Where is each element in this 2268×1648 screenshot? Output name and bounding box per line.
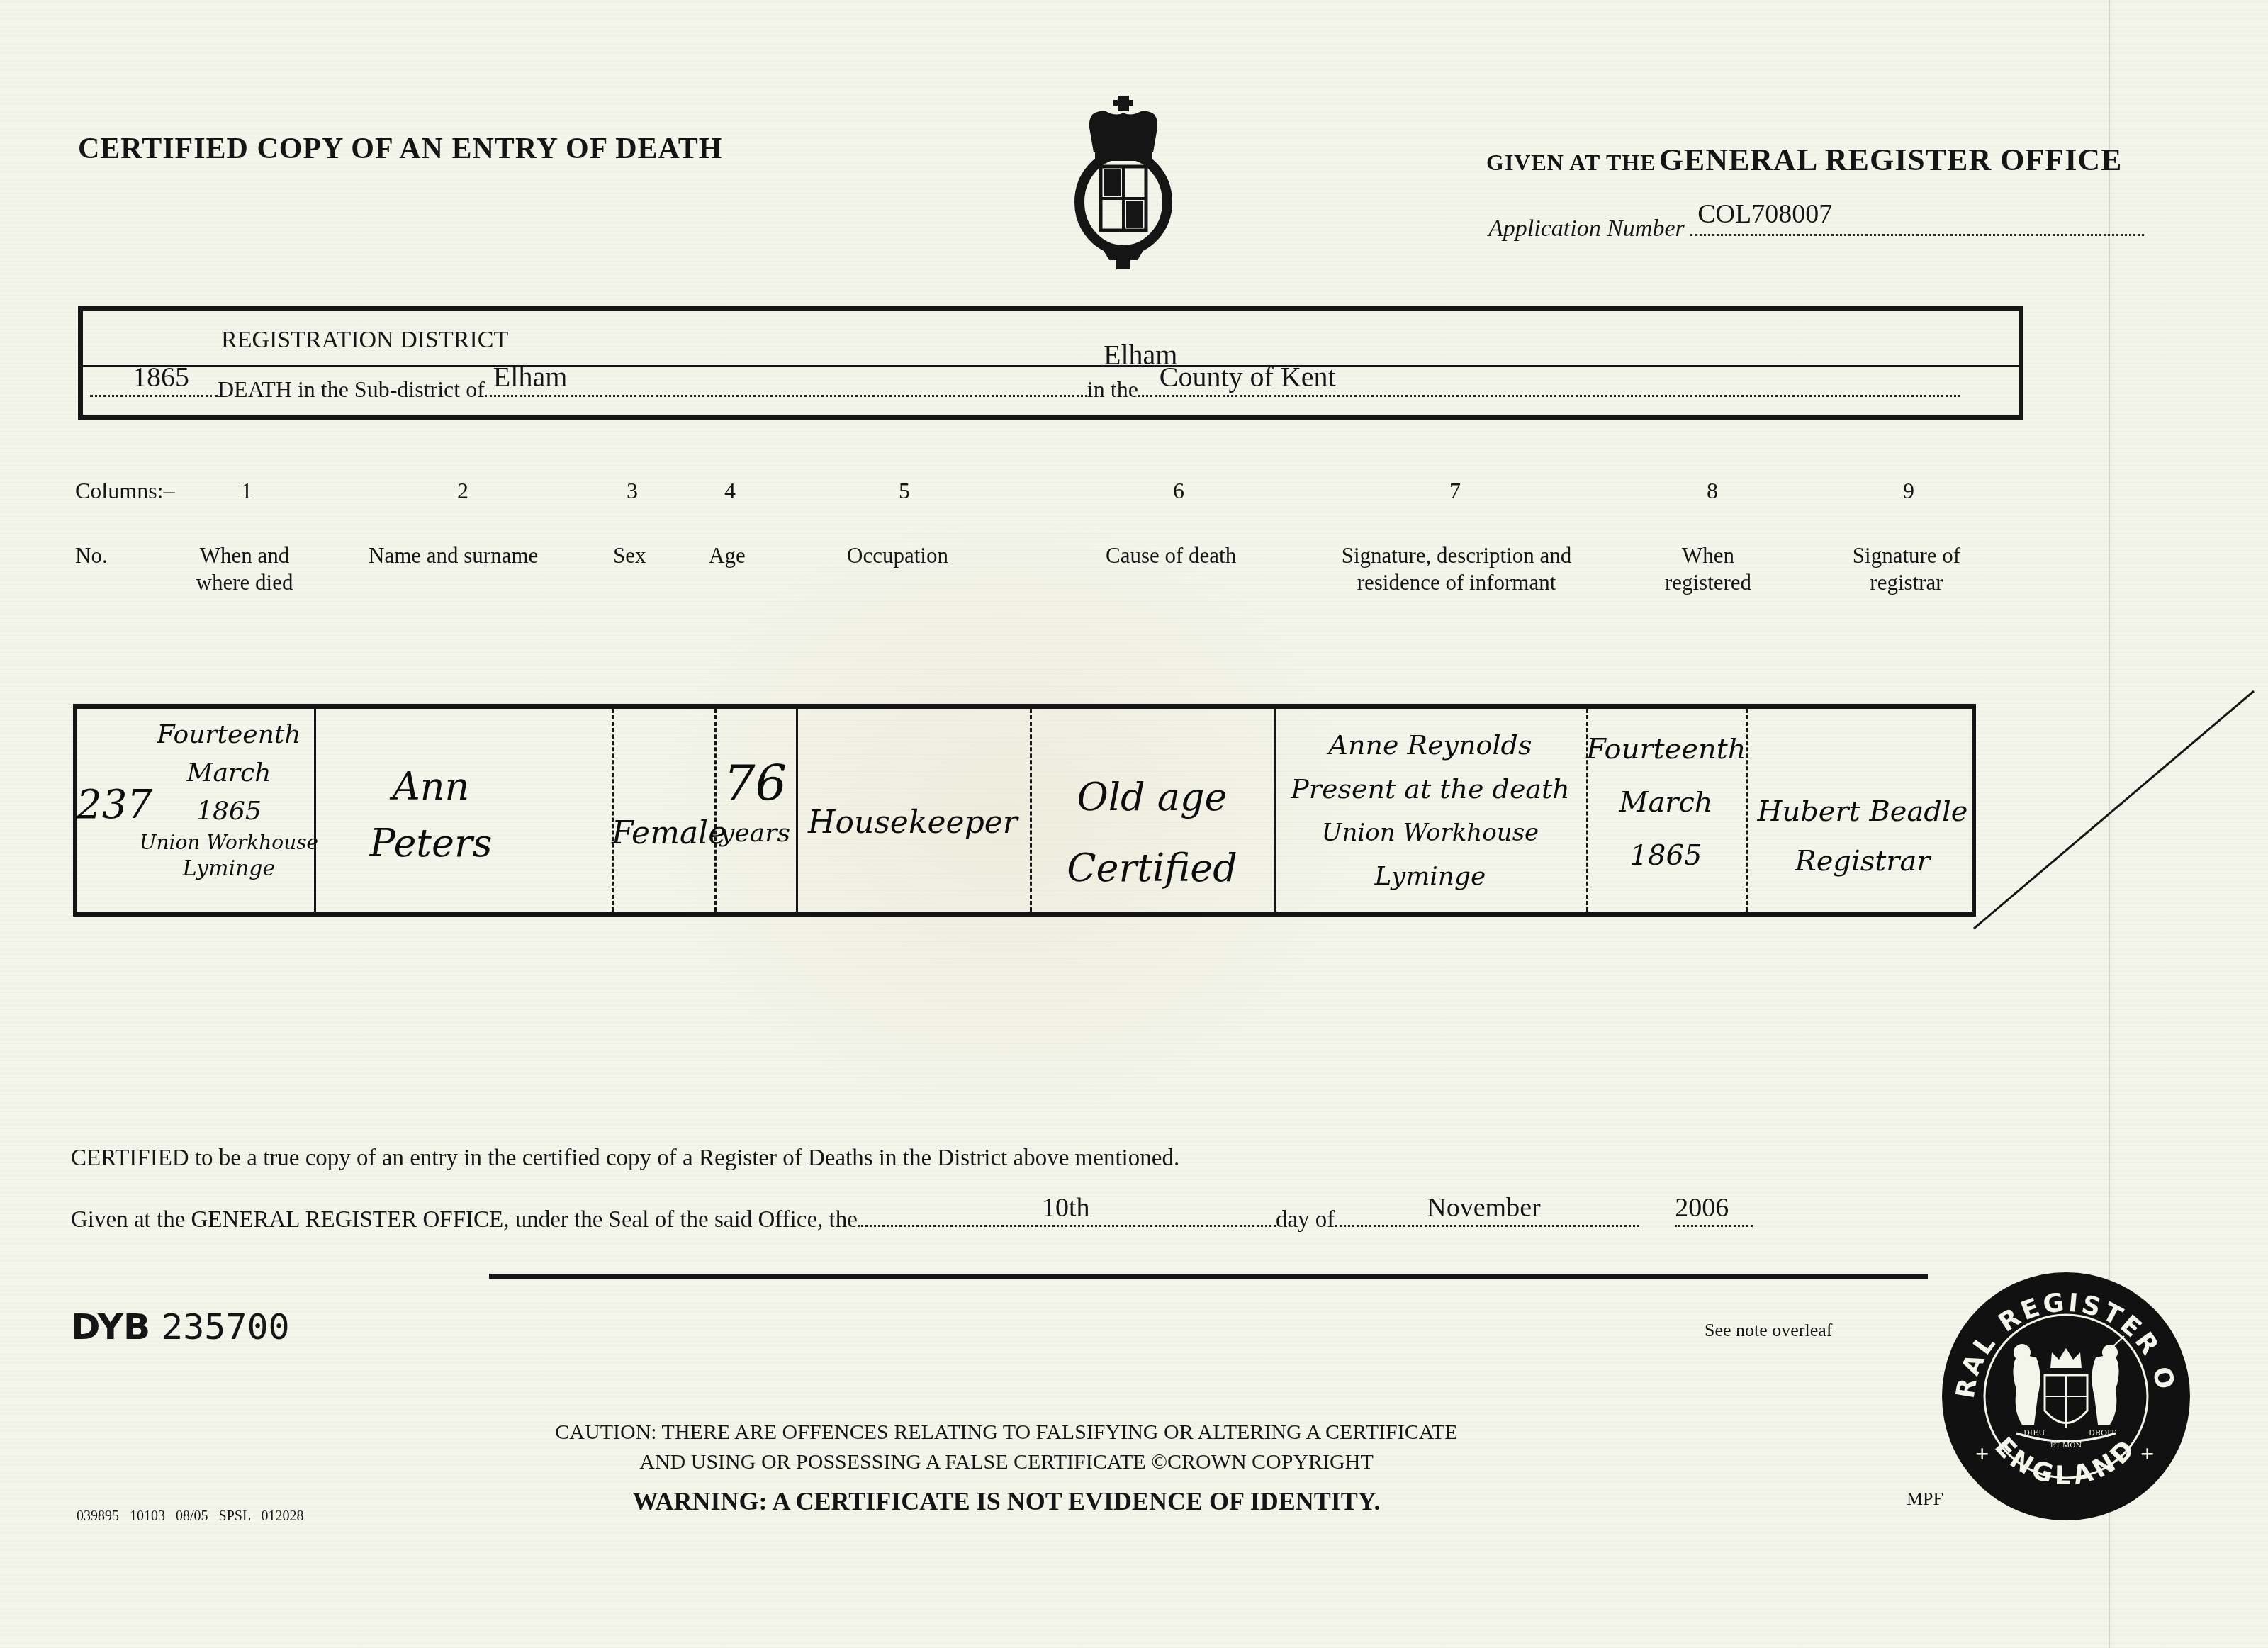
svg-text:+: + [2140, 1441, 2154, 1467]
registration-district-box: REGISTRATION DISTRICT Elham 1865DEATH in… [78, 306, 2023, 420]
registration-district-label: REGISTRATION DISTRICT [221, 327, 508, 354]
column-number-3: 3 [627, 478, 638, 504]
entry-when-registered: Fourteenth March 1865 [1586, 723, 1746, 882]
given-year: 2006 [1675, 1192, 1729, 1223]
office-name: GENERAL REGISTER OFFICE [1659, 142, 2123, 177]
columns-label: Columns:– [75, 478, 174, 504]
application-number-line: Application Number COL708007 [1488, 213, 2144, 242]
document-title: CERTIFIED COPY OF AN ENTRY OF DEATH [78, 132, 722, 166]
header-sex: Sex [613, 542, 646, 569]
entry-cause: Old age Certified [1030, 762, 1274, 904]
given-at-prefix: GIVEN AT THE [1486, 150, 1656, 175]
svg-text:ET MON: ET MON [2050, 1442, 2082, 1450]
county-label: in the [1087, 376, 1138, 402]
subdistrict-label: DEATH in the Sub-district of [218, 376, 485, 402]
death-entry-row: 237 Fourteenth March 1865 Union Workhous… [73, 704, 1976, 917]
general-register-office-seal-icon: GENERAL REGISTER OFFICE ENGLAND + + DIEU… [1938, 1269, 2194, 1524]
see-note-overleaf: See note overleaf [1705, 1320, 1832, 1341]
serial-prefix: DYB [71, 1306, 150, 1347]
entry-occupation: Housekeeper [796, 805, 1030, 841]
header-age: Age [709, 542, 746, 569]
column-number-7: 7 [1449, 478, 1461, 504]
column-number-5: 5 [899, 478, 910, 504]
office-heading: GIVEN AT THE GENERAL REGISTER OFFICE [1486, 142, 2122, 178]
svg-text:DROIT: DROIT [2089, 1428, 2116, 1437]
cancel-diagonal-line [1963, 680, 2268, 943]
subdistrict-value: Elham [493, 360, 567, 393]
subdistrict-line: 1865DEATH in the Sub-district ofElhamin … [90, 376, 1960, 403]
signature-rule [489, 1274, 1928, 1279]
certificate-serial: DYB 235700 [71, 1306, 290, 1347]
warning-text: WARNING: A CERTIFICATE IS NOT EVIDENCE O… [397, 1486, 1616, 1516]
death-year: 1865 [133, 360, 189, 393]
application-number-label: Application Number [1488, 215, 1685, 242]
header-when-where-died: When and where died [191, 542, 298, 596]
entry-sex: Female [612, 815, 718, 852]
application-number-value: COL708007 [1697, 198, 1832, 230]
column-number-9: 9 [1903, 478, 1914, 504]
column-number-1: 1 [241, 478, 252, 504]
column-number-6: 6 [1173, 478, 1184, 504]
column-number-4: 4 [724, 478, 736, 504]
given-at-line: Given at the GENERAL REGISTER OFFICE, un… [71, 1205, 1753, 1233]
svg-text:+: + [1975, 1441, 1989, 1467]
given-month: November [1427, 1192, 1540, 1223]
entry-when-where-died: Fourteenth March 1865 Union Workhouse Ly… [137, 716, 321, 883]
header-informant: Signature, description and residence of … [1325, 542, 1588, 596]
entry-registrar-signature: Hubert Beadle Registrar [1746, 787, 1980, 886]
header-registrar: Signature of registrar [1843, 542, 1970, 596]
day-of-label: day of [1276, 1207, 1335, 1233]
header-no: No. [75, 542, 108, 569]
header-when-registered: When registered [1658, 542, 1758, 596]
entry-informant: Anne Reynolds Present at the death Union… [1274, 723, 1586, 899]
column-number-8: 8 [1707, 478, 1718, 504]
column-number-2: 2 [457, 478, 468, 504]
caution-text: CAUTION: THERE ARE OFFENCES RELATING TO … [397, 1418, 1616, 1477]
serial-number: 235700 [162, 1306, 290, 1347]
royal-crest-icon [1074, 96, 1173, 269]
header-name: Name and surname [369, 542, 538, 569]
given-day: 10th [1042, 1192, 1090, 1223]
county-value: County of Kent [1160, 360, 1336, 393]
entry-age: 76 years [714, 751, 796, 852]
form-code: 039895 10103 08/05 SPSL 012028 [77, 1508, 303, 1525]
header-occupation: Occupation [847, 542, 948, 569]
certification-statement: CERTIFIED to be a true copy of an entry … [71, 1145, 1179, 1172]
header-cause: Cause of death [1106, 542, 1236, 569]
svg-text:DIEU: DIEU [2023, 1428, 2045, 1437]
given-prefix: Given at the GENERAL REGISTER OFFICE, un… [71, 1207, 858, 1233]
entry-name: Ann Peters [325, 758, 537, 872]
